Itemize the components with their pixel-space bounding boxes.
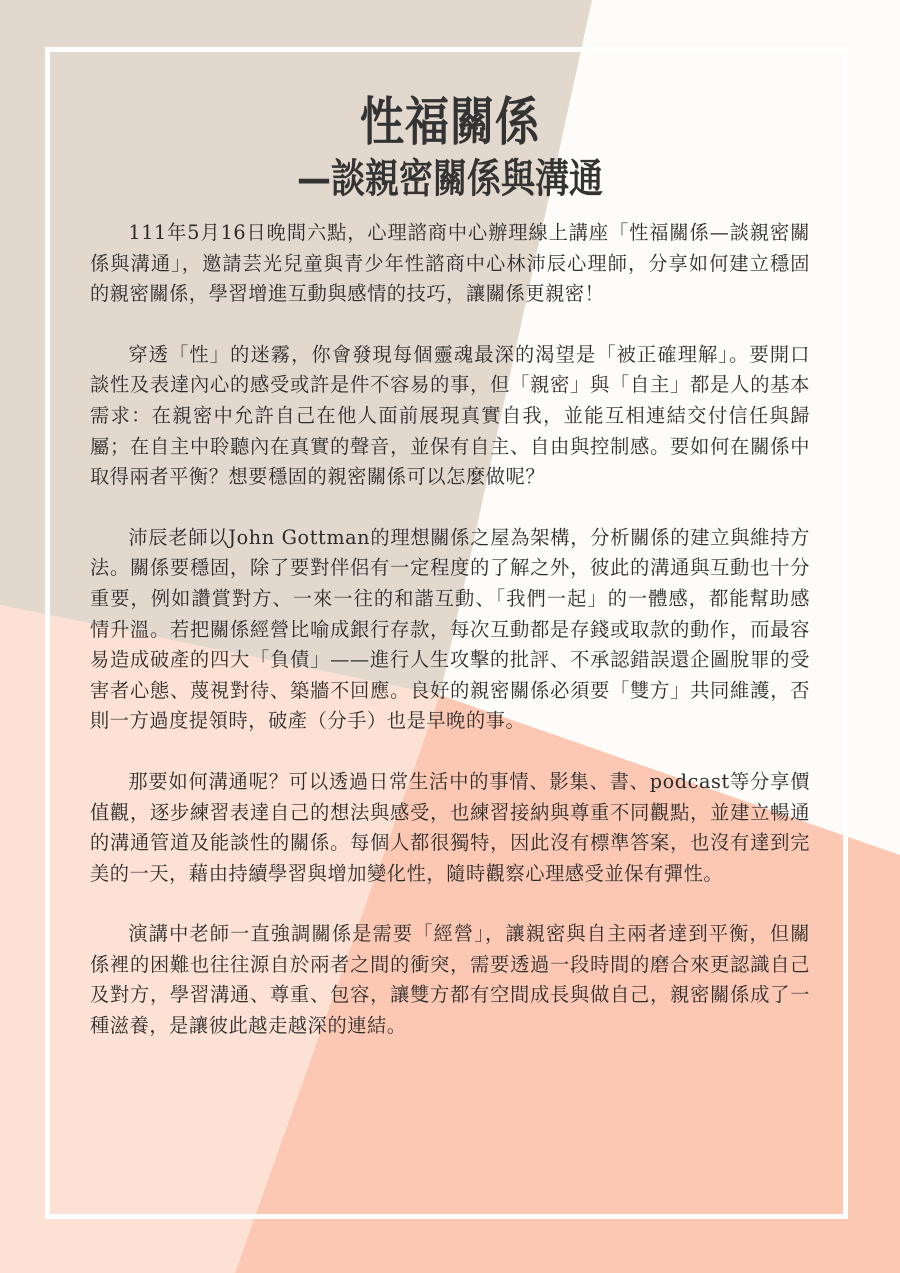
page-title: 性福關係 xyxy=(144,92,756,154)
paragraph-conclusion: 演講中老師一直強調關係是需要「經營」，讓親密與自主兩者達到平衡，但關係裡的困難也… xyxy=(90,919,810,1041)
paragraph-intimacy-autonomy: 穿透「性」的迷霧，你會發現每個靈魂最深的渴望是「被正確理解」。要開口談性及表達內… xyxy=(90,340,810,493)
paragraph-gottman: 沛辰老師以John Gottman的理想關係之屋為架構，分析關係的建立與維持方法… xyxy=(90,523,810,737)
paragraph-intro: 111年5月16日晚間六點，心理諮商中心辦理線上講座「性福關係—談親密關係與溝通… xyxy=(90,218,810,310)
article: 性福關係 —談親密關係與溝通 111年5月16日晚間六點，心理諮商中心辦理線上講… xyxy=(90,92,810,1072)
page-subtitle: —談親密關係與溝通 xyxy=(144,154,756,204)
paragraph-communication: 那要如何溝通呢？可以透過日常生活中的事情、影集、書、podcast等分享價值觀，… xyxy=(90,767,810,889)
